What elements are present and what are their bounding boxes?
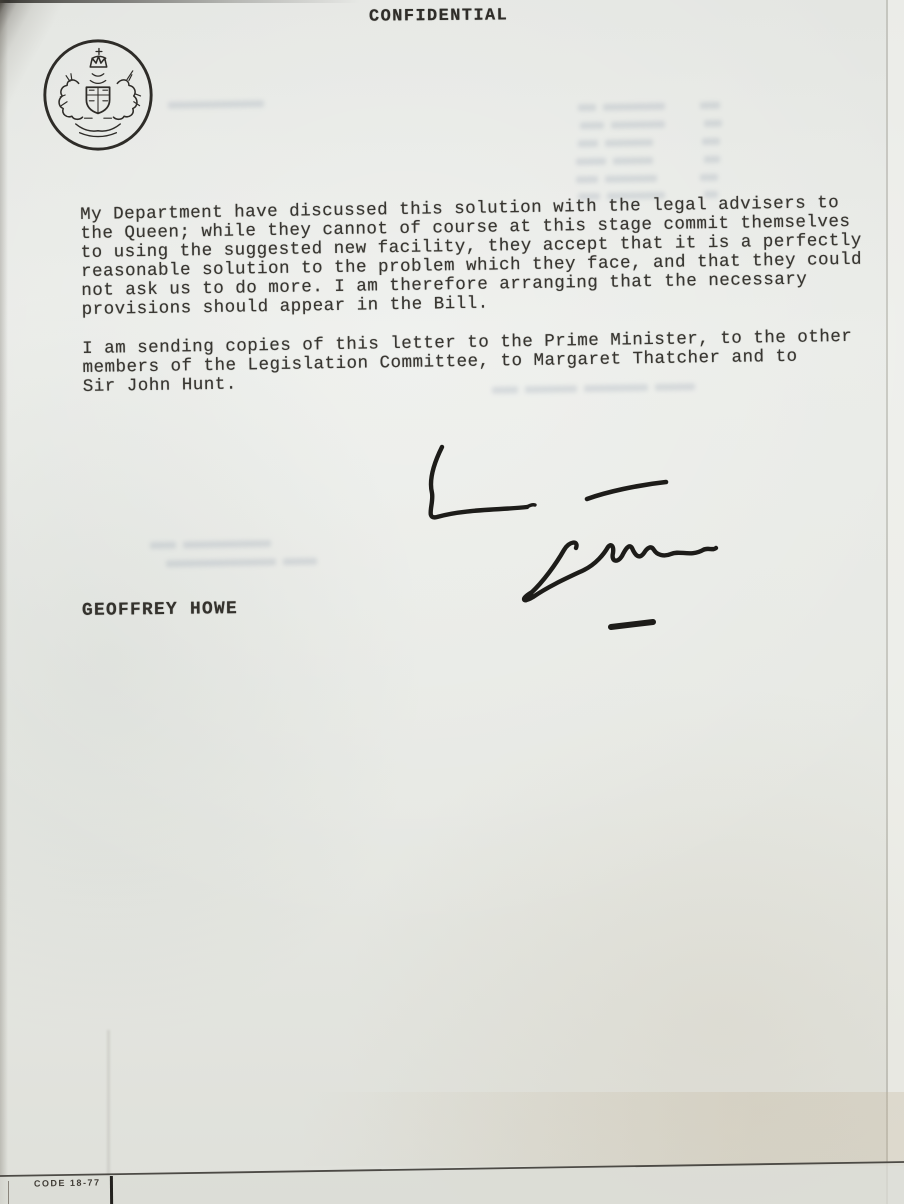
ghost-text-smudge — [576, 156, 720, 166]
footer-code-label: CODE 18-77 — [34, 1177, 101, 1188]
body-paragraph-2: I am sending copies of this letter to th… — [82, 327, 898, 397]
scanned-letter-page: CONFIDENTIAL — [0, 0, 904, 1204]
classification-heading: CONFIDENTIAL — [369, 6, 508, 26]
footer-divider-line — [110, 1176, 113, 1204]
ghost-text-smudge — [166, 558, 317, 568]
page-top-edge-shadow — [0, 0, 360, 3]
ghost-text-smudge — [576, 174, 718, 183]
signatory-name: GEOFFREY HOWE — [82, 599, 238, 621]
footer-edge-line — [8, 1181, 9, 1204]
signature-icon — [380, 430, 720, 650]
page-left-edge-shadow — [0, 0, 8, 1204]
letter-body: My Department have discussed this soluti… — [80, 193, 898, 397]
page-right-edge-line — [886, 0, 888, 1204]
body-paragraph-1: My Department have discussed this soluti… — [80, 193, 897, 320]
royal-coat-of-arms-icon — [40, 36, 156, 154]
ghost-text-smudge — [578, 102, 720, 111]
ghost-text-smudge — [150, 540, 271, 549]
ghost-text-smudge — [580, 120, 722, 129]
footer-rule — [0, 1150, 904, 1204]
page-right-margin — [888, 0, 904, 1204]
ghost-text-smudge — [578, 138, 720, 147]
ghost-text-smudge — [168, 100, 264, 109]
